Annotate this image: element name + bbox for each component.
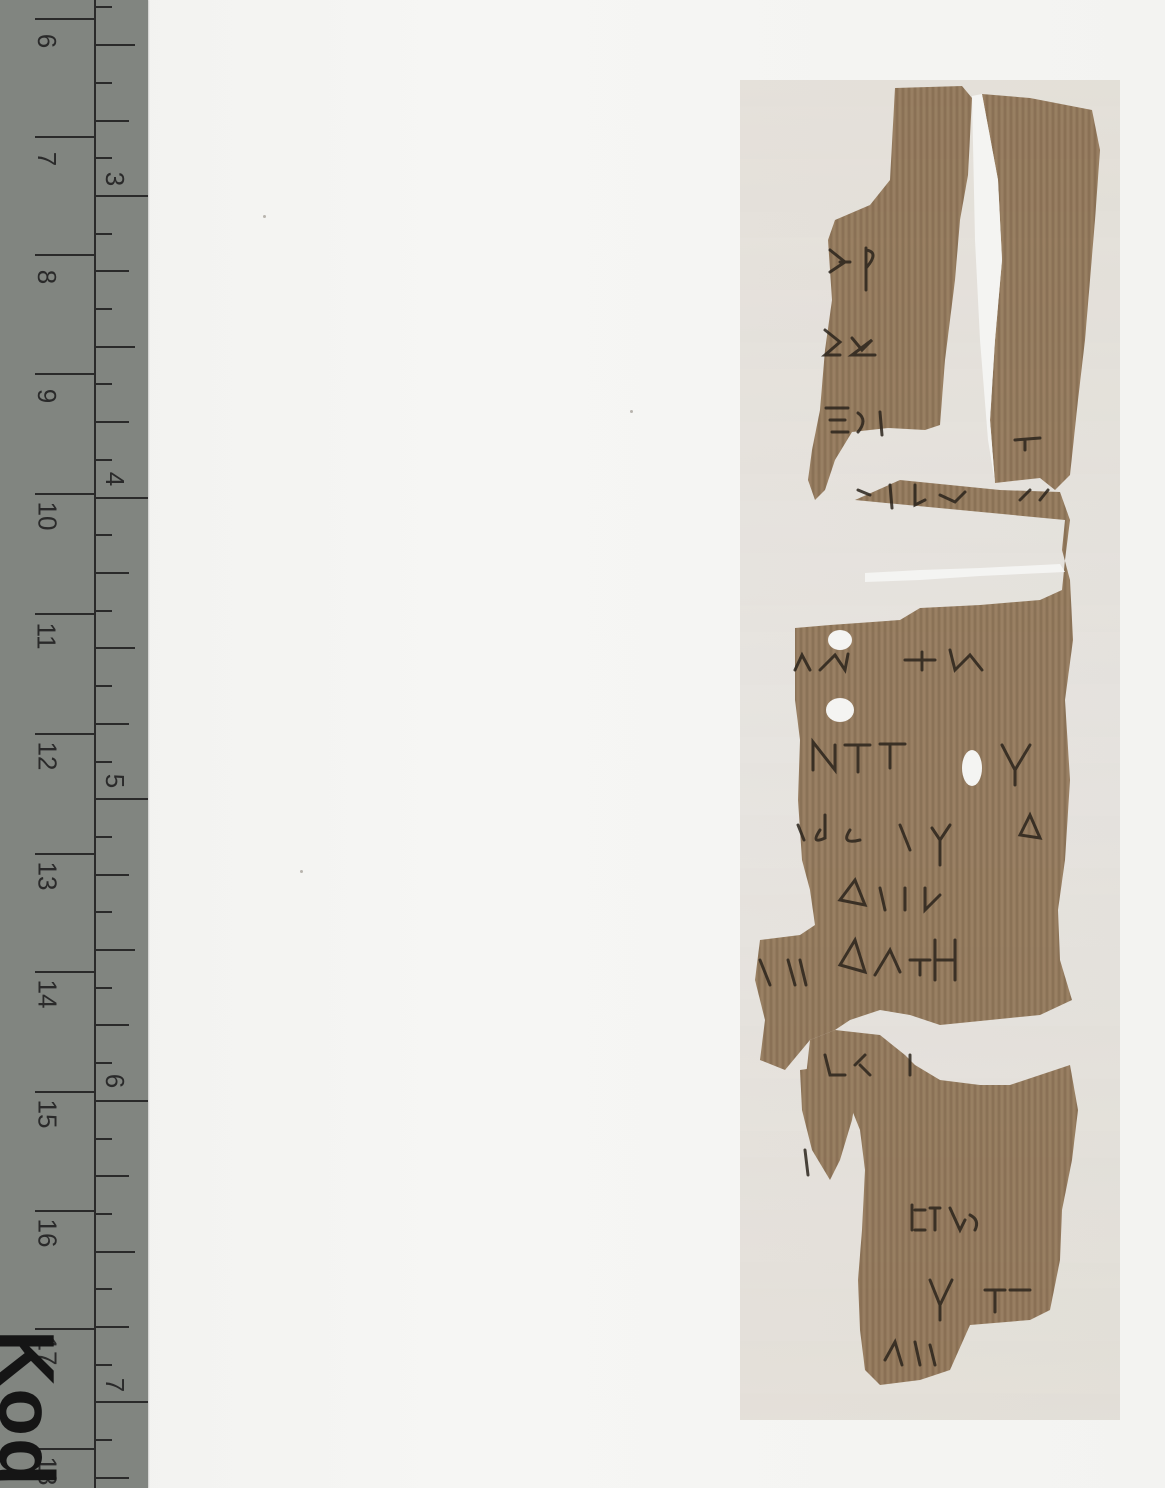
inch-label: 6 [102, 1074, 128, 1088]
cm-label: 12 [34, 742, 60, 771]
inch-tick [95, 1100, 148, 1102]
inch-tick [95, 723, 129, 725]
cm-major-tick [35, 1210, 95, 1212]
dust-speck [300, 870, 303, 873]
inch-tick [95, 534, 112, 536]
papyrus-fragment-shape [740, 80, 1120, 1420]
inch-tick [95, 911, 112, 913]
inch-tick [95, 798, 148, 800]
inch-tick [95, 1138, 112, 1140]
cm-label: 6 [34, 34, 60, 48]
inch-tick [95, 270, 129, 272]
inch-tick [95, 647, 135, 649]
cm-label: 7 [34, 152, 60, 166]
inch-tick [95, 610, 112, 612]
inch-tick [95, 1062, 112, 1064]
cm-major-tick [35, 136, 95, 138]
inch-label: 3 [102, 172, 128, 186]
inch-tick [95, 308, 112, 310]
dust-speck [263, 215, 266, 218]
inch-tick [95, 836, 112, 838]
inch-tick [95, 157, 112, 159]
cm-major-tick [35, 1091, 95, 1093]
inch-tick [95, 497, 148, 499]
cm-major-tick [35, 971, 95, 973]
inch-tick [95, 195, 148, 197]
inch-tick [95, 987, 112, 989]
inch-tick [95, 1024, 129, 1026]
inch-tick [95, 1251, 135, 1253]
inch-tick [95, 761, 112, 763]
dust-speck [630, 410, 633, 413]
ruler-spine [94, 0, 96, 1488]
inch-tick [95, 6, 112, 8]
inch-tick [95, 1288, 112, 1290]
inch-tick [95, 1326, 129, 1328]
cm-label: 13 [34, 862, 60, 891]
cm-label: 8 [34, 270, 60, 284]
inch-label: 4 [102, 472, 128, 486]
cm-major-tick [35, 853, 95, 855]
inch-tick [95, 120, 129, 122]
cm-major-tick [35, 733, 95, 735]
cm-label: 10 [34, 502, 60, 531]
cm-major-tick [35, 373, 95, 375]
inch-tick [95, 421, 129, 423]
papyrus-fragment [740, 80, 1120, 1420]
inch-tick [95, 459, 112, 461]
inch-tick [95, 383, 112, 385]
inch-label: 7 [102, 1378, 128, 1392]
inch-tick [95, 44, 135, 46]
inch-tick [95, 572, 129, 574]
cm-major-tick [35, 254, 95, 256]
inch-tick [95, 1401, 148, 1403]
inch-tick [95, 1364, 112, 1366]
cm-label: 11 [34, 623, 60, 650]
inch-tick [95, 346, 135, 348]
inch-label: 5 [102, 774, 128, 788]
inch-tick [95, 1213, 112, 1215]
inch-tick [95, 82, 112, 84]
cm-label: 16 [34, 1219, 60, 1248]
inch-tick [95, 949, 135, 951]
ruler-brand-text: Kod [0, 1330, 72, 1488]
measuring-ruler: 678910111213141516171834567 Kod [0, 0, 148, 1488]
inch-tick [95, 685, 112, 687]
cm-label: 9 [34, 389, 60, 403]
inch-tick [95, 233, 112, 235]
inch-tick [95, 1175, 129, 1177]
inch-tick [95, 1477, 129, 1479]
cm-label: 15 [34, 1100, 60, 1129]
cm-major-tick [35, 493, 95, 495]
cm-major-tick [35, 613, 95, 615]
cm-label: 14 [34, 980, 60, 1009]
cm-major-tick [35, 18, 95, 20]
inch-tick [95, 874, 129, 876]
inch-tick [95, 1439, 112, 1441]
